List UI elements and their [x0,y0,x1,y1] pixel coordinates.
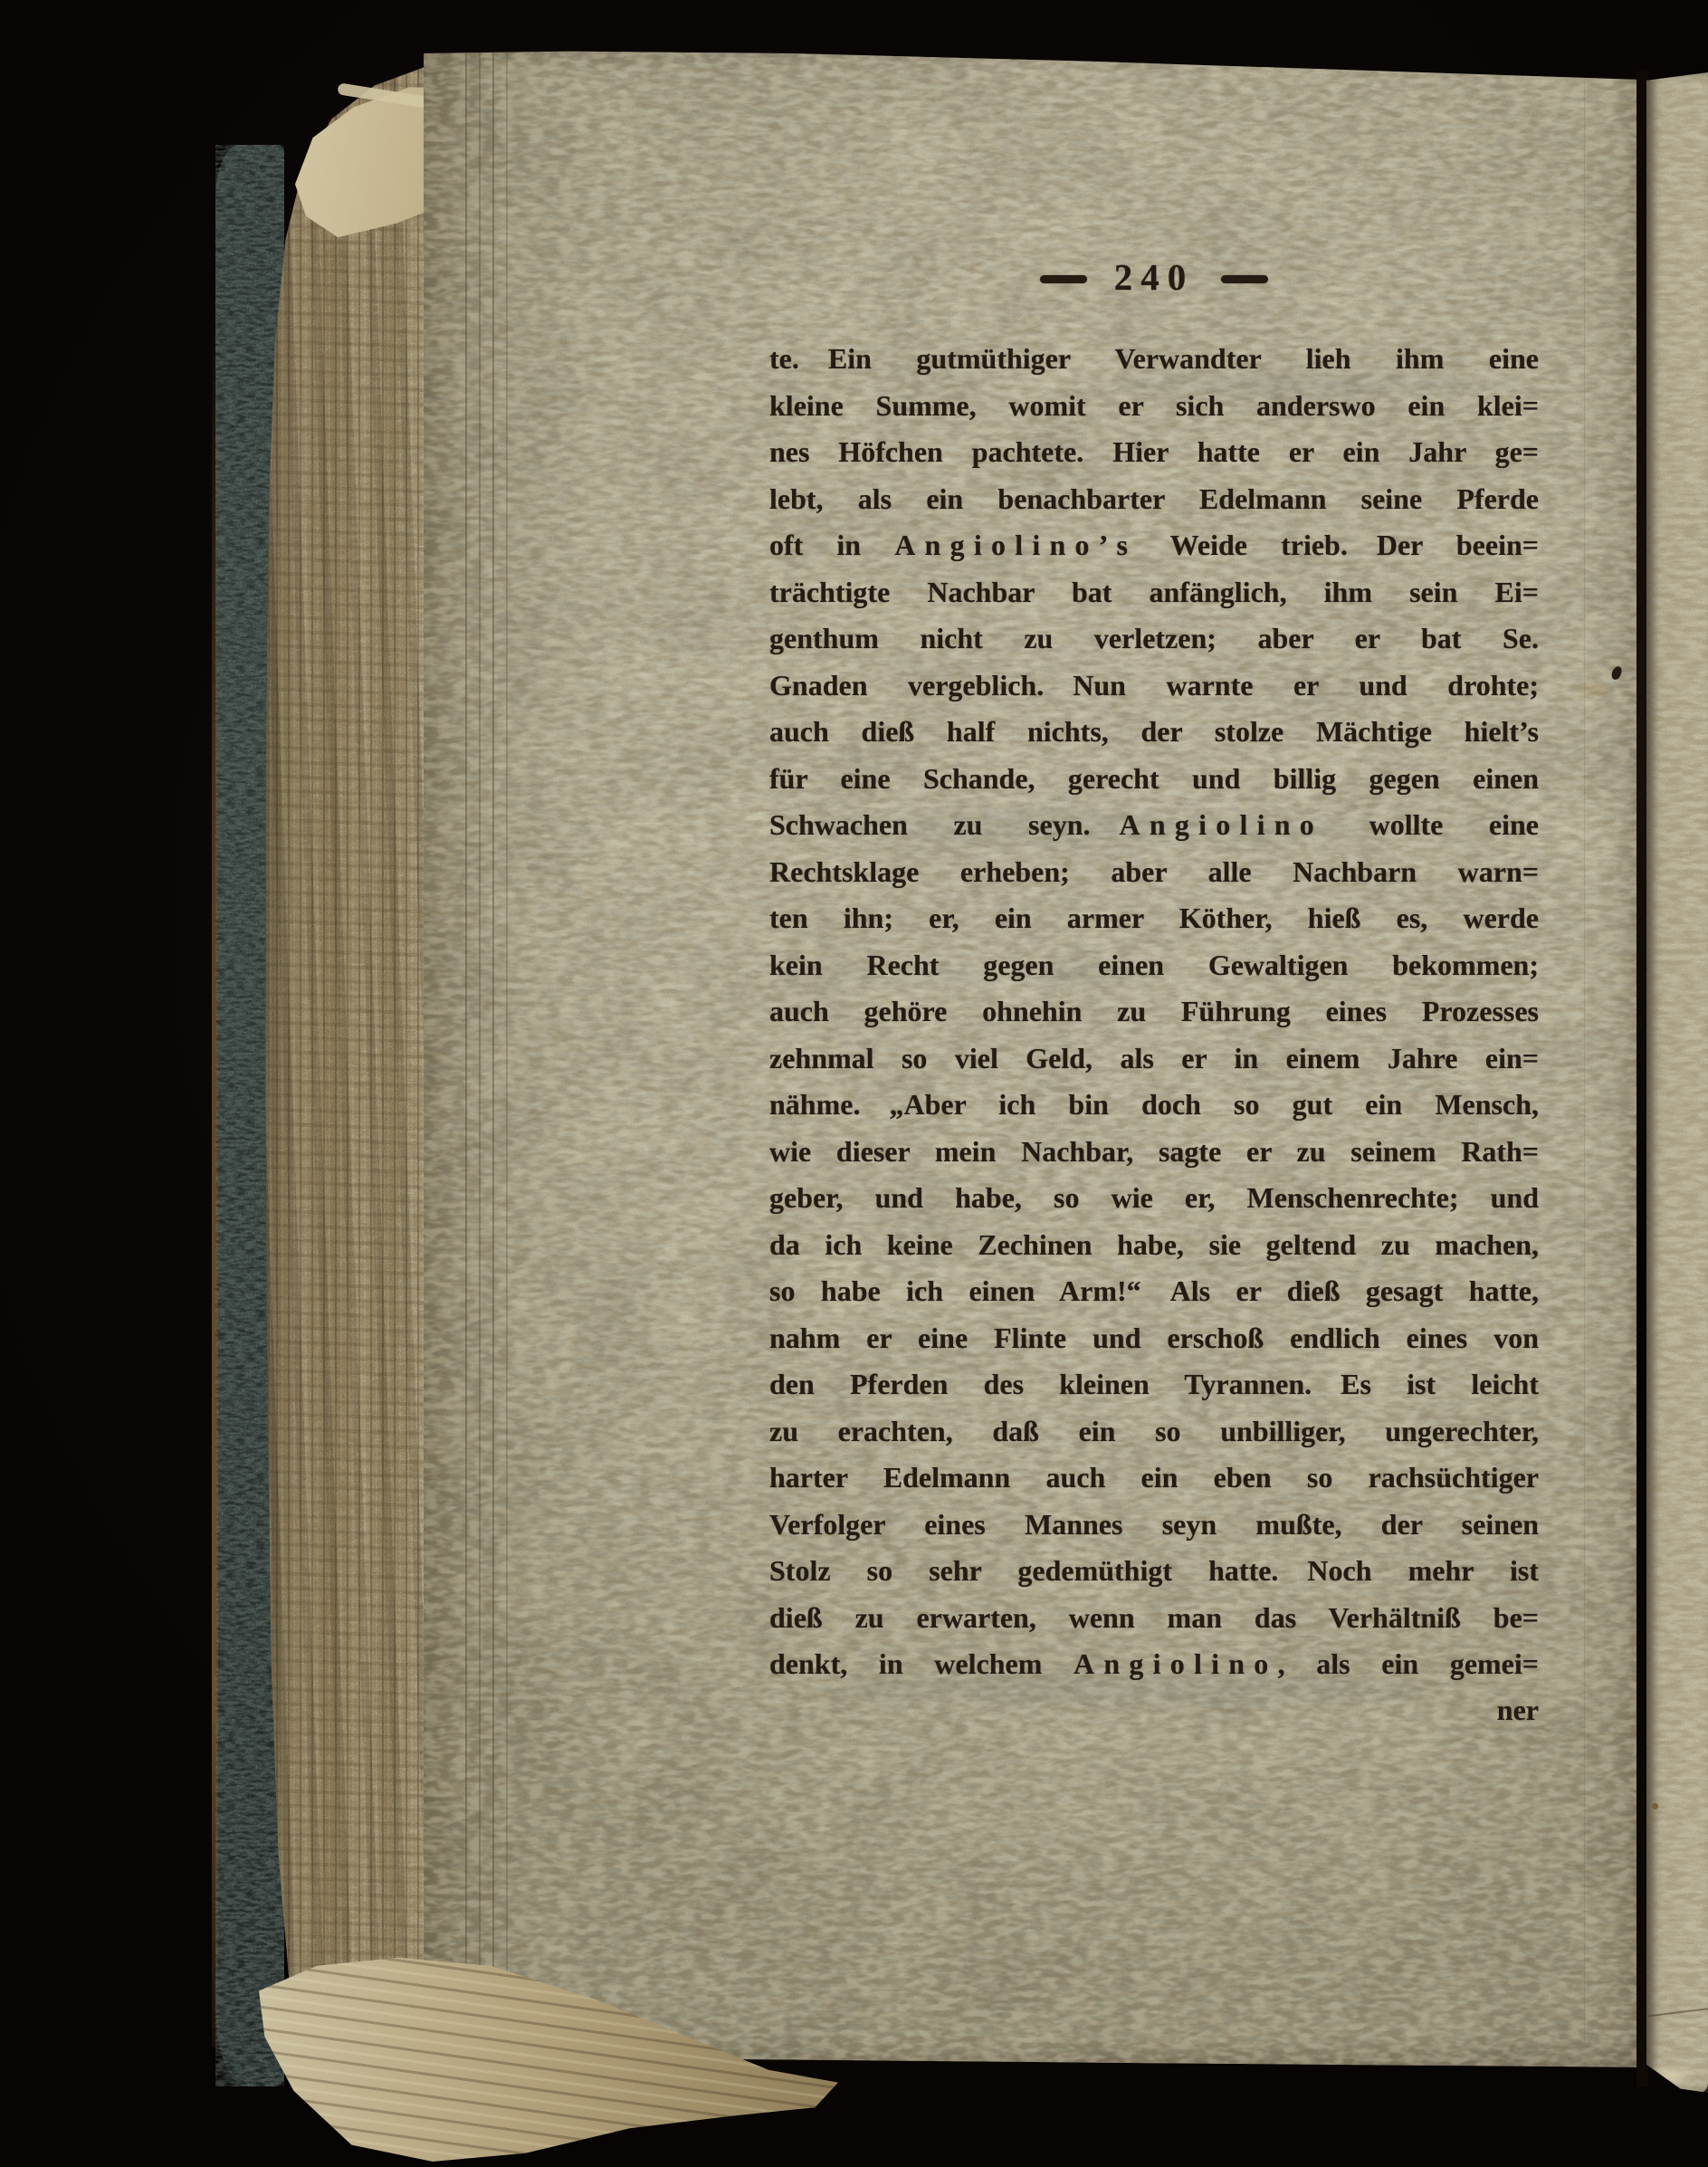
edge-highlight [1646,2024,1708,2087]
text-segment: Rechtsklage erheben; aber alle Nachbarn … [769,855,1539,888]
text-segment: geber, und habe, so wie er, Menschenrech… [769,1181,1539,1214]
text-segment: kleine Summe, womit er sich anderswo ein… [769,389,1539,422]
text-segment: wie dieser mein Nachbar, sagte er zu sei… [769,1135,1539,1168]
text-segment: auch gehöre ohnehin zu Führung eines Pro… [769,995,1539,1027]
text-line: kein Recht gegen einen Gewaltigen bekomm… [769,942,1539,989]
letterspaced-name: Angiolino’s [894,529,1137,561]
text-line: Schwachen zu seyn. Angiolino wollte eine [769,802,1539,849]
text-line: nes Höfchen pachtete. Hier hatte er ein … [769,429,1539,476]
text-line: auch gehöre ohnehin zu Führung eines Pro… [769,988,1539,1036]
ink-speck [1610,665,1623,681]
edge-crease-line [1648,2008,1708,2018]
text-segment: da ich keine Zechinen habe, sie geltend … [769,1228,1539,1261]
text-segment: lebt, als ein benachbarter Edelmann sein… [769,482,1539,515]
text-segment: Verfolger eines Mannes seyn mußte, der s… [769,1508,1539,1541]
gutter-crease-line [506,51,508,2044]
text-segment: für eine Schande, gerecht und billig geg… [769,762,1539,795]
letterspaced-name: Angiolino [1119,808,1323,841]
text-line: nahm er eine Flinte und erschoß endlich … [769,1315,1539,1362]
text-line: Gnaden vergeblich. Nun warnte er und dro… [769,663,1539,710]
text-line: auch dieß half nichts, der stolze Mächti… [769,709,1539,756]
stain [1575,677,1611,701]
margin-crease-line [1584,51,1585,2044]
text-segment: te. Ein gutmüthiger Verwandter lieh ihm … [769,342,1539,375]
paper-speck [1652,1803,1658,1809]
gutter-crease-line [465,51,467,2044]
text-segment: auch dieß half nichts, der stolze Mächti… [769,715,1539,748]
text-line: für eine Schande, gerecht und billig geg… [769,756,1539,803]
text-segment: nes Höfchen pachtete. Hier hatte er ein … [769,435,1539,468]
text-segment: Weide trieb. Der beein= [1137,529,1539,561]
text-line: zehnmal so viel Geld, als er in einem Ja… [769,1036,1539,1083]
text-segment: trächtigte Nachbar bat anfänglich, ihm s… [769,576,1539,608]
next-page-texture [1646,72,1708,2093]
letterspaced-name: Angiolino [1073,1647,1278,1680]
text-line: dieß zu erwarten, wenn man das Verhältni… [769,1595,1539,1642]
photo-backdrop: { "photo": { "background_color": "#0b070… [0,0,1708,2167]
text-line: Stolz so sehr gedemüthigt hatte. Noch me… [769,1548,1539,1595]
text-segment: zu erachten, daß ein so unbilliger, unge… [769,1415,1539,1447]
text-line: oft in Angiolino’s Weide trieb. Der beei… [769,522,1539,569]
text-segment: zehnmal so viel Geld, als er in einem Ja… [769,1042,1539,1074]
text-segment: ten ihn; er, ein armer Köther, hieß es, … [769,902,1539,934]
text-segment: kein Recht gegen einen Gewaltigen bekomm… [769,949,1539,981]
text-line: harter Edelmann auch ein eben so rachsüc… [769,1455,1539,1502]
text-segment: Schwachen zu seyn. [769,808,1119,841]
text-line: den Pferden des kleinen Tyrannen. Es ist… [769,1361,1539,1408]
text-line: da ich keine Zechinen habe, sie geltend … [769,1222,1539,1269]
text-line: geber, und habe, so wie er, Menschenrech… [769,1175,1539,1222]
header-dash-right [1221,275,1268,283]
text-line: trächtigte Nachbar bat anfänglich, ihm s… [769,569,1539,616]
text-segment: den Pferden des kleinen Tyrannen. Es ist… [769,1368,1539,1400]
text-line: nähme. „Aber ich bin doch so gut ein Men… [769,1082,1539,1129]
text-segment: Gnaden vergeblich. Nun warnte er und dro… [769,669,1539,702]
text-line: wie dieser mein Nachbar, sagte er zu sei… [769,1129,1539,1176]
text-segment: denkt, in welchem [769,1647,1073,1680]
text-line: genthum nicht zu verletzen; aber er bat … [769,616,1539,663]
text-segment: harter Edelmann auch ein eben so rachsüc… [769,1461,1539,1494]
page-number: 240 [1114,255,1195,299]
page-header: 240 [769,255,1539,302]
text-segment: wollte eine [1323,808,1539,841]
page-stack-edges [264,53,442,2125]
text-segment: nahm er eine Flinte und erschoß endlich … [769,1322,1539,1354]
text-segment: nähme. „Aber ich bin doch so gut ein Men… [769,1088,1539,1121]
text-line: denkt, in welchem Angiolino, als ein gem… [769,1641,1539,1688]
text-line: so habe ich einen Arm!“ Als er dieß gesa… [769,1268,1539,1315]
text-segment: , als ein gemei= [1278,1647,1539,1680]
header-dash-left [1040,275,1087,283]
gutter-crease-line [492,51,494,2044]
text-line: Verfolger eines Mannes seyn mußte, der s… [769,1502,1539,1549]
text-segment: Stolz so sehr gedemüthigt hatte. Noch me… [769,1554,1539,1587]
text-line: kleine Summe, womit er sich anderswo ein… [769,383,1539,430]
stack-texture [264,53,442,2125]
gutter-crease-line [479,51,481,2044]
text-line: te. Ein gutmüthiger Verwandter lieh ihm … [769,336,1539,383]
text-segment: dieß zu erwarten, wenn man das Verhältni… [769,1601,1539,1634]
text-segment: genthum nicht zu verletzen; aber er bat … [769,622,1539,654]
text-line: Rechtsklage erheben; aber alle Nachbarn … [769,849,1539,896]
catchword: ner [769,1687,1539,1734]
text-line: zu erachten, daß ein so unbilliger, unge… [769,1408,1539,1456]
text-segment: oft in [769,529,894,561]
next-page-edge [1646,72,1708,2093]
text-line: ten ihn; er, ein armer Köther, hieß es, … [769,895,1539,942]
text-block: te. Ein gutmüthiger Verwandter lieh ihm … [769,336,1539,1688]
text-line: lebt, als ein benachbarter Edelmann sein… [769,476,1539,523]
text-segment: so habe ich einen Arm!“ Als er dieß gesa… [769,1274,1539,1307]
